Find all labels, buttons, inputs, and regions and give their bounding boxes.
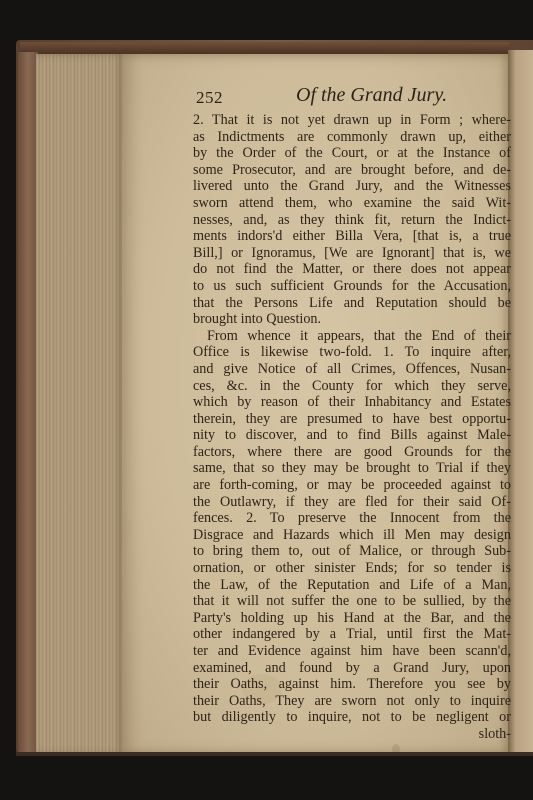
text-line: ter and Evidence against him have been s… xyxy=(193,643,511,660)
text-line: Disgrace and Hazards which ill Men may d… xyxy=(193,527,511,544)
book-spine xyxy=(18,52,38,752)
text-line: ments indors'd either Billa Vera, [that … xyxy=(193,228,511,245)
text-line: livered unto the Grand Jury, and the Wit… xyxy=(193,178,511,195)
text-line: to bring them to, out of Malice, or thro… xyxy=(193,543,511,560)
text-line: are forth-coming, or may be proceeded ag… xyxy=(193,477,511,494)
text-line: ces, &c. in the County for which they se… xyxy=(193,378,511,395)
text-line: their Oaths, against him. Therefore you … xyxy=(193,676,511,693)
text-line: but diligently to inquire, not to be neg… xyxy=(193,709,511,726)
text-line: examined, and found by a Grand Jury, upo… xyxy=(193,660,511,677)
text-line: Party's holding up his Hand at the Bar, … xyxy=(193,610,511,627)
text-line: fences. 2. To preserve the Innocent from… xyxy=(193,510,511,527)
book-cover-top-edge xyxy=(20,42,510,54)
text-line: From whence it appears, that the End of … xyxy=(193,328,511,345)
next-page-edge xyxy=(508,50,533,755)
text-line: nesses, and, as they think fit, return t… xyxy=(193,212,511,229)
text-line: therein, they are presumed to have best … xyxy=(193,411,511,428)
text-line: some Prosecutor, and are brought before,… xyxy=(193,162,511,179)
text-line: Office is likewise two-fold. 1. To inqui… xyxy=(193,344,511,361)
page-number: 252 xyxy=(196,88,223,108)
text-line: and give Notice of all Crimes, Offences,… xyxy=(193,361,511,378)
text-line: that the Persons Life and Reputation sho… xyxy=(193,295,511,312)
text-line: do not find the Matter, or there does no… xyxy=(193,261,511,278)
text-line: that it will not suffer the one to be su… xyxy=(193,593,511,610)
running-title: Of the Grand Jury. xyxy=(296,84,447,107)
text-line: as Indictments are commonly drawn up, ei… xyxy=(193,129,511,146)
text-line: ornation, or other sinister Ends; for so… xyxy=(193,560,511,577)
page-edges-stack xyxy=(36,54,126,754)
text-line: by the Order of the Court, or at the Ins… xyxy=(193,145,511,162)
catchword: sloth- xyxy=(193,726,511,743)
body-text: 2. That it is not yet drawn up in Form ;… xyxy=(193,112,511,743)
text-line: 2. That it is not yet drawn up in Form ;… xyxy=(193,112,511,129)
text-line: which by reason of their Inhabitancy and… xyxy=(193,394,511,411)
text-line: other indangered by a Trial, until first… xyxy=(193,626,511,643)
page-header: 252 Of the Grand Jury. xyxy=(196,88,516,112)
text-line: to us such sufficient Grounds for the Ac… xyxy=(193,278,511,295)
text-line: Bill,] or Ignoramus, [We are Ignorant] t… xyxy=(193,245,511,262)
book-bottom-edge xyxy=(16,752,533,756)
text-line: the Outlawry, if they are fled for their… xyxy=(193,494,511,511)
text-line: brought into Question. xyxy=(193,311,511,328)
text-line: nity to discover, and to find Bills agai… xyxy=(193,427,511,444)
text-line: same, that so they may be brought to Tri… xyxy=(193,460,511,477)
text-line: factors, where there are good Grounds fo… xyxy=(193,444,511,461)
text-line: sworn attend them, who examine the said … xyxy=(193,195,511,212)
text-line: the Law, of the Reputation and Life of a… xyxy=(193,577,511,594)
text-line: their Oaths, They are sworn not only to … xyxy=(193,693,511,710)
